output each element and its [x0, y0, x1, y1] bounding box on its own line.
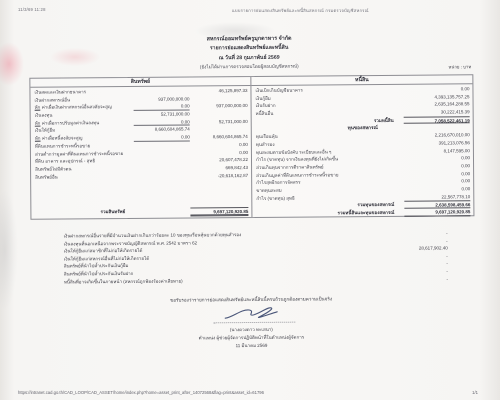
- assets-total-value: 9,697,120,920.85: [190, 207, 248, 215]
- signature-line: [213, 322, 295, 324]
- amount: 9,697,120,920.85: [404, 208, 470, 216]
- amount: 7,058,522,461.19: [404, 116, 470, 124]
- row-label: รวมหนี้สิน: [256, 117, 404, 126]
- deduct-prefix: หัก: [35, 136, 41, 141]
- print-url: https://intranet.cad.go.th/CAD_LOOP/CAD_…: [18, 390, 264, 395]
- assets-rows: เงินสดและเงินฝากธนาคาร46,125,897.33เงินฝ…: [30, 86, 251, 219]
- document-title-block: สหกรณ์ออมทรัพย์ครูมุกดาหาร จำกัด รายการย…: [0, 33, 499, 73]
- deduct-prefix: หัก: [35, 105, 41, 110]
- liabilities-column: หนี้สิน เงินเบิกเกินบัญชีธนาคาร0.00เงินก…: [251, 75, 473, 217]
- page-number: 1/1: [472, 390, 478, 395]
- disclosure-notes: เงินฝากสหกรณ์อื่นรายที่มีจำนวนเงินฝากเกิ…: [64, 229, 448, 285]
- deduct-prefix: หัก: [35, 120, 41, 125]
- row-label: รวมหนี้สินและทุนของสหกรณ์: [256, 209, 404, 218]
- table-row: สินทรัพย์อื่น-20,618,162.87: [35, 172, 248, 181]
- unit-label: หน่วย : บาท: [448, 63, 471, 70]
- table-row: รวมหนี้สินและทุนของสหกรณ์9,697,120,920.8…: [256, 208, 470, 217]
- balance-sheet-table: สินทรัพย์ เงินสดและเงินฝากธนาคาร46,125,8…: [29, 74, 474, 219]
- note-line: หนี้สินที่อาจเกิดขึ้นในภายหน้า (สหกรณ์ถู…: [64, 275, 448, 286]
- assets-total-row: รวมสินทรัพย์ 9,697,120,920.85: [35, 207, 248, 216]
- liabilities-rows: เงินเบิกเกินบัญชีธนาคาร0.00เงินกู้ยืม4,3…: [251, 84, 473, 217]
- assets-column: สินทรัพย์ เงินสดและเงินฝากธนาคาร46,125,8…: [30, 77, 252, 219]
- assets-total-label: รวมสินทรัพย์: [35, 208, 190, 217]
- signature-scribble: [219, 305, 289, 324]
- amount-outer: -20,618,162.87: [190, 172, 248, 180]
- note-label: หนี้สินที่อาจเกิดขึ้นในภายหน้า (สหกรณ์ถู…: [64, 276, 378, 286]
- row-label: สินทรัพย์อื่น: [35, 172, 134, 180]
- amount-inner: [134, 172, 190, 180]
- scanned-document: สหกรณ์ออมทรัพย์ครูมุกดาหาร จำกัด รายการย…: [0, 0, 500, 400]
- print-preview-page: { "print_header": { "timestamp": "11/3/6…: [0, 0, 500, 400]
- note-value: -: [378, 275, 448, 283]
